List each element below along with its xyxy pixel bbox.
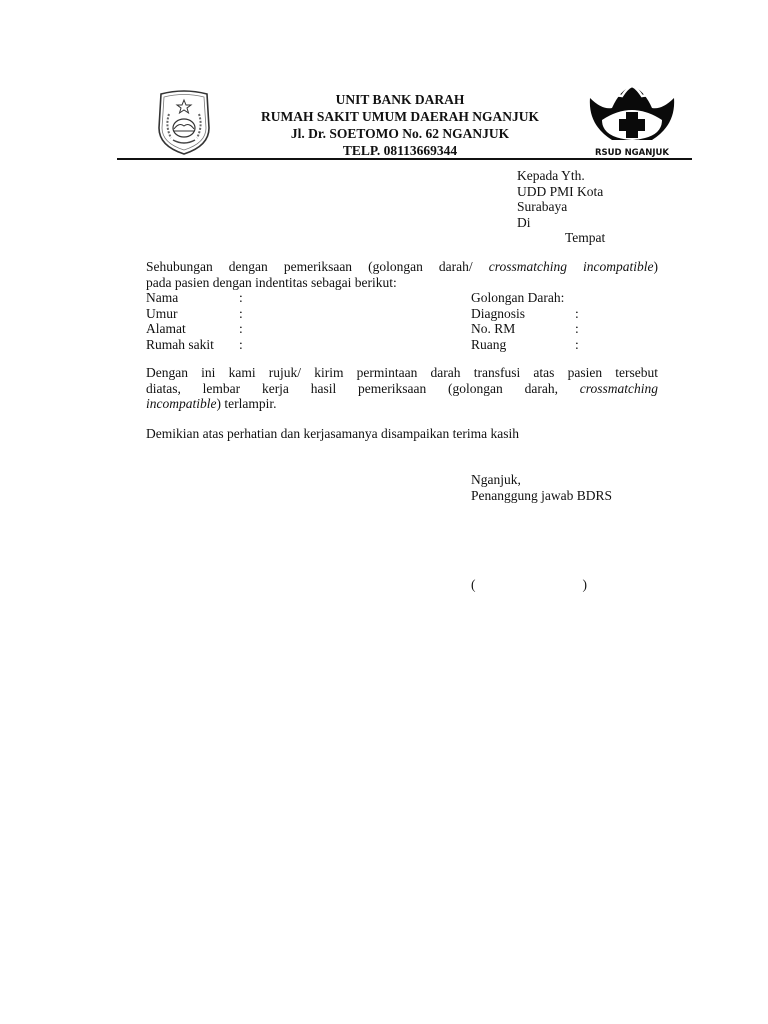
field-label: Ruang [471, 337, 506, 353]
letter-page: UNIT BANK DARAH RUMAH SAKIT UMUM DAERAH … [0, 0, 768, 1024]
field-no-rm: No. RM: [471, 321, 564, 337]
letterhead-unit: UNIT BANK DARAH [230, 91, 570, 108]
referral-suffix: ) terlampir. [217, 396, 277, 411]
addressee-salutation: Kepada Yth. [517, 168, 605, 184]
closing-sentence: Demikian atas perhatian dan kerjasamanya… [146, 426, 519, 442]
intro-paragraph: Sehubungan dengan pemeriksaan (golongan … [146, 259, 658, 290]
letterhead-phone: TELP. 08113669344 [230, 142, 570, 159]
field-alamat: Alamat: [146, 321, 243, 337]
field-label: No. RM [471, 321, 515, 337]
field-label: Umur [146, 306, 239, 322]
rsud-logo-caption: RSUD NGANJUK [595, 148, 669, 158]
field-label: Nama [146, 290, 239, 306]
field-colon: : [239, 337, 243, 352]
letterhead-divider [117, 158, 692, 160]
open-paren: ( [471, 577, 476, 593]
addressee-city: Surabaya [517, 199, 605, 215]
field-colon: : [575, 321, 579, 337]
intro-text: Sehubungan dengan pemeriksaan (golongan … [146, 259, 489, 274]
addressee-di: Di [517, 215, 605, 231]
letterhead: UNIT BANK DARAH RUMAH SAKIT UMUM DAERAH … [230, 91, 570, 159]
addressee-block: Kepada Yth. UDD PMI Kota Surabaya Di Tem… [517, 168, 605, 246]
field-label: Diagnosis [471, 306, 525, 322]
referral-paragraph: Dengan ini kami rujuk/ kirim permintaan … [146, 365, 658, 412]
signature-block: Nganjuk, Penanggung jawab BDRS [471, 472, 612, 503]
intro-close-paren: ) [654, 259, 659, 274]
signature-place: Nganjuk, [471, 472, 612, 488]
letterhead-hospital: RUMAH SAKIT UMUM DAERAH NGANJUK [230, 108, 570, 125]
referral-italic-term: crossmatching [580, 381, 658, 396]
field-colon: : [239, 321, 243, 336]
field-rumah-sakit: Rumah sakit: [146, 337, 243, 353]
close-paren: ) [583, 577, 588, 593]
patient-fields-left: Nama: Umur: Alamat: Rumah sakit: [146, 290, 243, 352]
field-golongan-darah: Golongan Darah : [471, 290, 564, 306]
referral-italic-term-2: incompatible [146, 396, 217, 411]
intro-line-2: pada pasien dengan indentitas sebagai be… [146, 275, 658, 291]
letterhead-address: Jl. Dr. SOETOMO No. 62 NGANJUK [230, 125, 570, 142]
field-diagnosis: Diagnosis: [471, 306, 564, 322]
field-colon: : [575, 337, 579, 353]
field-label: Alamat [146, 321, 239, 337]
addressee-place: Tempat [517, 230, 605, 246]
field-nama: Nama: [146, 290, 243, 306]
field-colon: : [575, 306, 579, 322]
field-ruang: Ruang: [471, 337, 564, 353]
referral-line-3: incompatible) terlampir. [146, 396, 658, 412]
field-label: Rumah sakit [146, 337, 239, 353]
field-colon: : [239, 306, 243, 321]
referral-line-2: diatas, lembar kerja hasil pemeriksaan (… [146, 381, 658, 397]
intro-line-1: Sehubungan dengan pemeriksaan (golongan … [146, 259, 658, 275]
intro-italic-term: crossmatching incompatible [489, 259, 654, 274]
regency-emblem-icon [153, 88, 215, 156]
referral-line-1: Dengan ini kami rujuk/ kirim permintaan … [146, 365, 658, 381]
rsud-nganjuk-logo: RSUD NGANJUK [582, 80, 682, 160]
field-umur: Umur: [146, 306, 243, 322]
addressee-recipient: UDD PMI Kota [517, 184, 605, 200]
referral-text: diatas, lembar kerja hasil pemeriksaan (… [146, 381, 580, 396]
signature-title: Penanggung jawab BDRS [471, 488, 612, 504]
field-colon: : [239, 290, 243, 305]
field-colon: : [561, 290, 565, 305]
field-label: Golongan Darah [471, 290, 561, 306]
patient-fields-right: Golongan Darah : Diagnosis: No. RM: Ruan… [471, 290, 564, 352]
